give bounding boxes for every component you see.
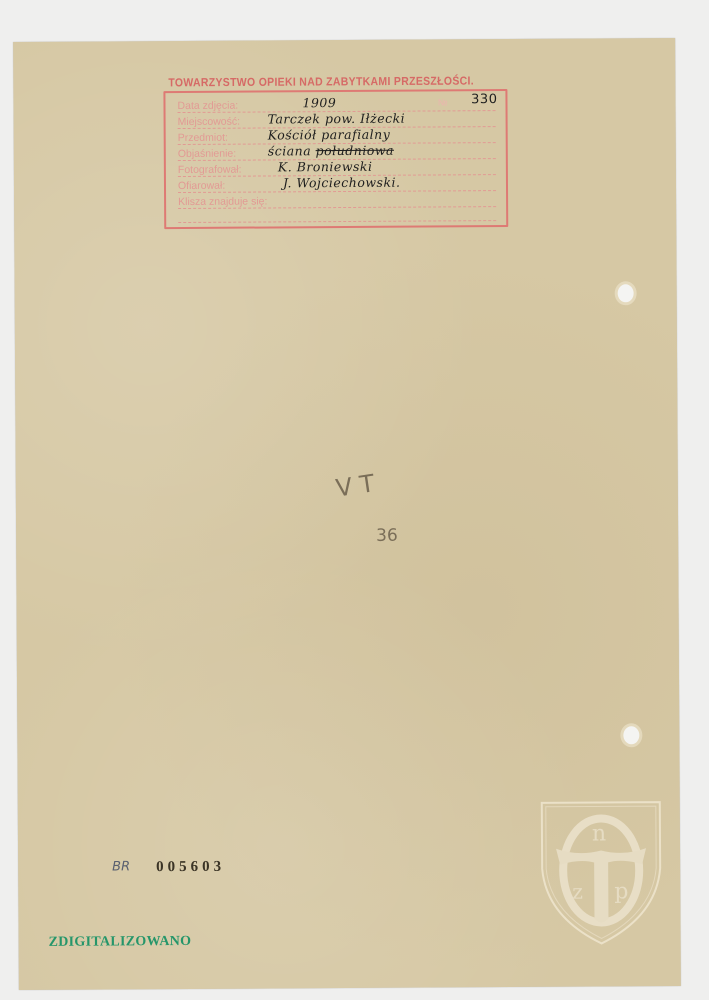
stamp-blank-row [178,205,496,223]
pencil-number: 36 [376,526,398,546]
archival-card-paper: TOWARZYSTWO OPIEKI NAD ZABYTKAMI PRZESZŁ… [13,38,681,990]
field-label: Ofiarował: [178,180,225,192]
punch-hole-top [618,284,634,302]
field-donor: Ofiarował: J. Wojciechowski. [178,175,496,193]
field-label: Miejscowość: [178,116,241,128]
field-value: K. Broniewski [278,159,373,175]
field-value-struck: południowa [316,143,394,158]
svg-text:z: z [572,880,583,904]
svg-text:n: n [592,821,606,846]
catalog-stamp: № 330 Data zdjęcia: 1909 Miejscowość: Ta… [163,89,508,229]
field-value: ściana [268,143,316,158]
inventory-prefix: BR [112,859,130,874]
field-label: Data zdjęcia: [177,100,238,112]
field-value: Kościół parafialny [268,127,391,143]
field-label: Objaśnienie: [178,148,236,160]
shield-emblem-icon: n z p [538,798,665,947]
svg-text:p: p [614,879,628,904]
stamp-header: TOWARZYSTWO OPIEKI NAD ZABYTKAMI PRZESZŁ… [168,74,513,89]
digitized-stamp: ZDIGITALIZOWANO [49,934,192,951]
field-value: 1909 [302,95,336,110]
inventory-number: 005603 [156,859,225,876]
field-label: Fotografował: [178,164,242,176]
pencil-mark: V T [334,469,376,502]
field-label: Przedmiot: [178,132,228,144]
field-value: J. Wojciechowski. [283,175,401,191]
field-value: Tarczek pow. Iłżecki [268,111,406,127]
punch-hole-bottom [623,726,639,744]
